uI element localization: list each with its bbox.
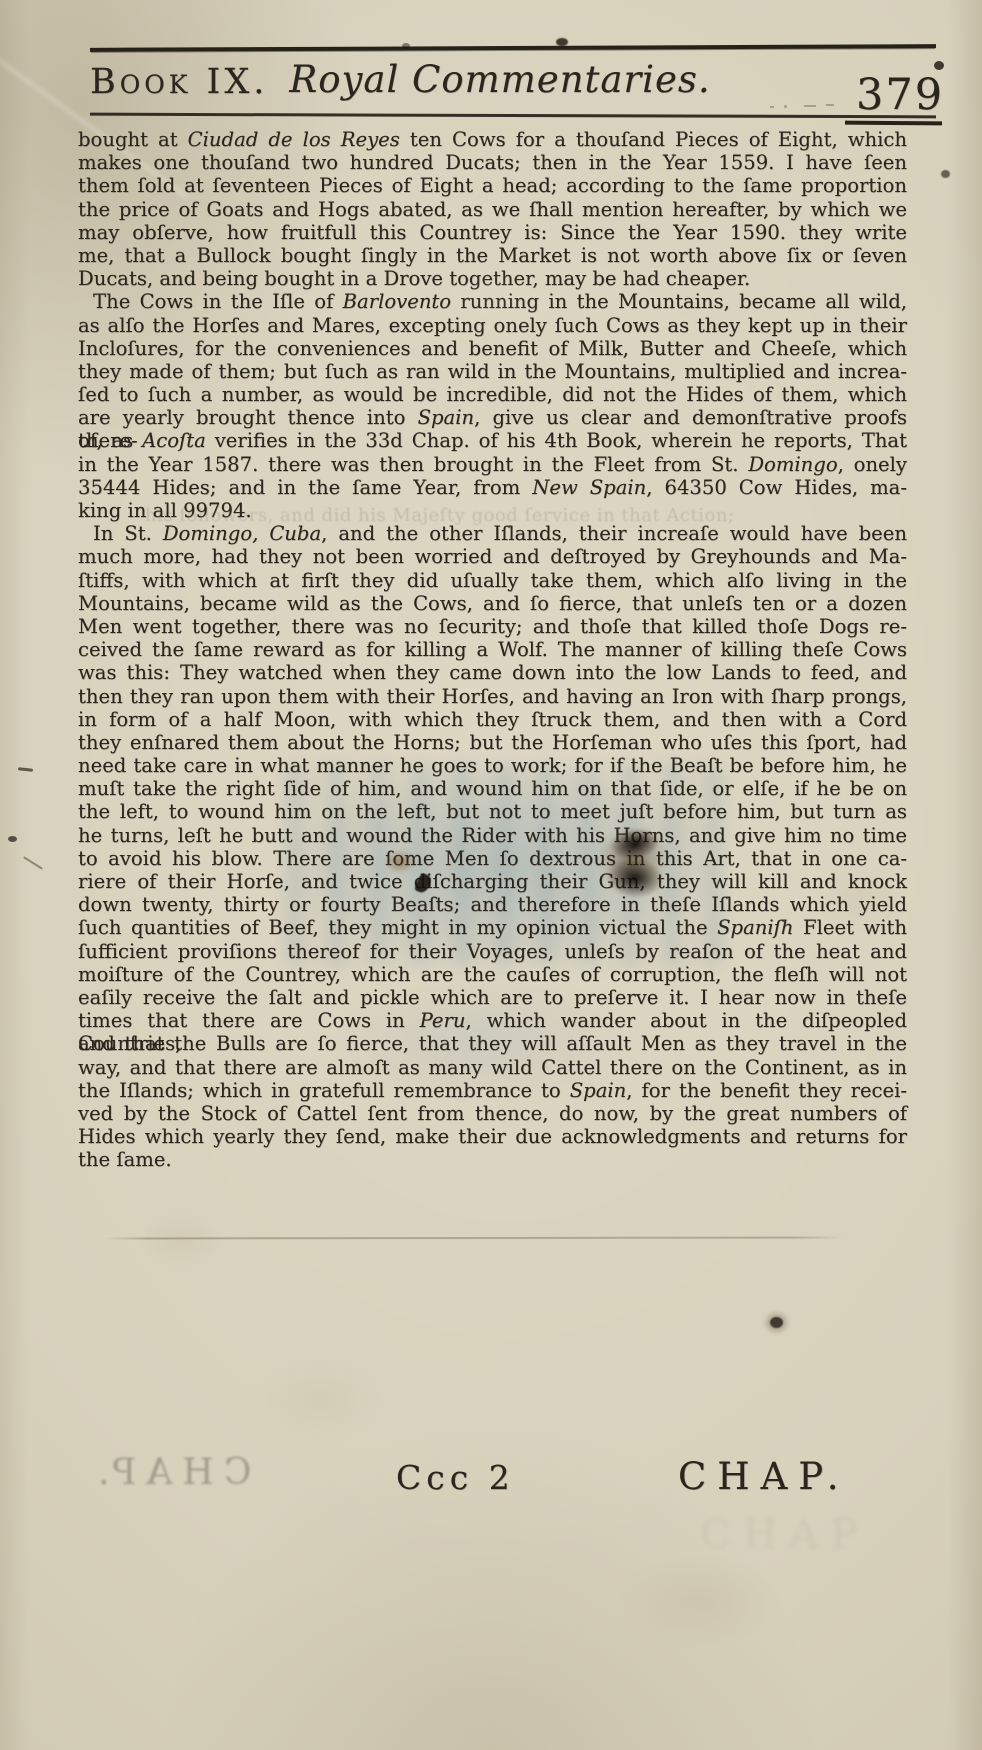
ink-speck <box>941 170 950 178</box>
text-line: way, and that there are almoſt as many w… <box>78 1056 907 1079</box>
text-line: and that the Bulls are ſo fierce, that t… <box>78 1032 907 1055</box>
text-line: Men went together, there was no ſecurity… <box>78 615 907 638</box>
text-line: king in all 99794. <box>78 499 907 522</box>
top-rule <box>90 44 936 52</box>
text-line: 35444 Hides; and in the ſame Year, from … <box>78 476 907 499</box>
section-rule <box>104 1236 844 1239</box>
setoff-bleed-text: CHAP <box>700 1512 869 1558</box>
text-line: down twenty, thirty or fourty Beaſts; an… <box>78 893 907 916</box>
margin-scratch <box>23 856 43 869</box>
text-line: of, as Acoſta verifies in the 33d Chap. … <box>78 429 907 452</box>
text-line: in the Year 1587. there was then brought… <box>78 453 907 476</box>
paragraph: In St. Domingo, Cuba, and the other Iſla… <box>78 522 907 1171</box>
text-line: they enſnared them about the Horns; but … <box>78 731 907 754</box>
text-line: Ducats, and being bought in a Drove toge… <box>78 267 907 290</box>
text-line: Incloſures, for the conveniences and ben… <box>78 337 907 360</box>
text-line: he turns, leſt he butt and wound the Rid… <box>78 824 907 847</box>
text-line: bought at Ciudad de los Reyes ten Cows f… <box>78 128 907 151</box>
text-line: ceived the ſame reward as for killing a … <box>78 638 907 661</box>
text-line: they made of them; but ſuch as ran wild … <box>78 360 907 383</box>
paragraph: bought at Ciudad de los Reyes ten Cows f… <box>78 128 907 290</box>
text-line: muſt take the right ſide of him, and wou… <box>78 777 907 800</box>
catchword: CHAP. <box>678 1455 849 1498</box>
text-line: may obſerve, how fruitfull this Countrey… <box>78 221 907 244</box>
text-line: riere of their Horſe, and twice diſcharg… <box>78 870 907 893</box>
book-page: Book IX. Royal Commentaries. 379 his fol… <box>0 0 982 1750</box>
page-number-underline <box>845 121 942 126</box>
text-line: Hides which yearly they ſend, make their… <box>78 1125 907 1148</box>
text-line: times that there are Cows in Peru, which… <box>78 1009 907 1032</box>
text-line: need take care in what manner he goes to… <box>78 754 907 777</box>
text-line: ſuch quantities of Beef, they might in m… <box>78 916 907 939</box>
scan-dashes <box>770 103 850 109</box>
text-line: the price of Goats and Hogs abated, as w… <box>78 198 907 221</box>
page-title: Royal Commentaries. <box>120 58 880 101</box>
text-line: ſtiffs, with which at firſt they did uſu… <box>78 569 907 592</box>
paragraph: The Cows in the Iſle of Barlovento runni… <box>78 290 907 522</box>
ink-speck <box>770 1317 783 1328</box>
text-line: ved by the Stock of Cattel ſent from the… <box>78 1102 907 1125</box>
text-line: the Iſlands; which in gratefull remembra… <box>78 1079 907 1102</box>
text-line: as alſo the Horſes and Mares, excepting … <box>78 314 907 337</box>
text-line: the ſame. <box>78 1148 907 1171</box>
text-line: ſufficient proviſions thereof for their … <box>78 940 907 963</box>
header-rule <box>90 113 936 119</box>
mirrored-bleed-text: CHAP. <box>88 1452 251 1493</box>
text-line: much more, had they not been worried and… <box>78 545 907 568</box>
page-number: 379 <box>856 70 944 120</box>
signature-mark: Ccc 2 <box>396 1458 515 1497</box>
text-line: me, that a Bullock bought ſingly in the … <box>78 244 907 267</box>
ink-speck <box>8 836 17 842</box>
margin-mark <box>18 767 33 772</box>
text-line: eaſily receive the ſalt and pickle which… <box>78 986 907 1009</box>
text-line: moiſture of the Countrey, which are the … <box>78 963 907 986</box>
text-line: Mountains, became wild as the Cows, and … <box>78 592 907 615</box>
body-text: bought at Ciudad de los Reyes ten Cows f… <box>78 128 907 1171</box>
text-line: the left, to wound him on the left, but … <box>78 800 907 823</box>
text-line: are yearly brought thence into Spain, gi… <box>78 406 907 429</box>
text-line: in form of a half Moon, with which they … <box>78 708 907 731</box>
text-line: was this: They watched when they came do… <box>78 661 907 684</box>
text-line: to avoid his blow. There are ſome Men ſo… <box>78 847 907 870</box>
text-line: In St. Domingo, Cuba, and the other Iſla… <box>78 522 907 545</box>
text-line: ſed to ſuch a number, as would be incred… <box>78 383 907 406</box>
text-line: makes one thouſand two hundred Ducats; t… <box>78 151 907 174</box>
ink-speck <box>934 61 944 70</box>
text-line: then they ran upon them with their Horſe… <box>78 685 907 708</box>
text-line: The Cows in the Iſle of Barlovento runni… <box>78 290 907 313</box>
text-line: them ſold at ſeventeen Pieces of Eight a… <box>78 174 907 197</box>
